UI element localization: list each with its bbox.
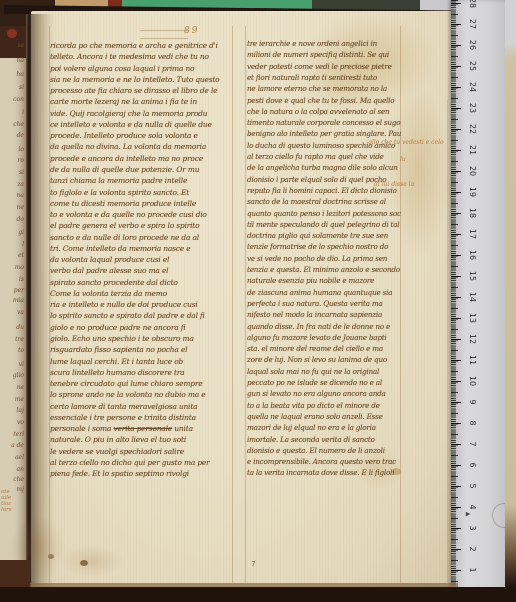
gutter-fragment: to	[0, 348, 24, 354]
right-text-column: tre ierarchie e nove ordeni angelici inm…	[247, 39, 403, 487]
ruling-line-col2-left	[245, 26, 246, 583]
ruler-number: 20	[467, 163, 477, 179]
ruler-cm-tick	[451, 381, 461, 382]
gutter-fragment: et	[0, 253, 24, 259]
gutter-fragment: lo	[0, 147, 24, 153]
manuscript-line: de la angelicha turba magna dile solo al…	[247, 163, 398, 172]
manuscript-line: procede e ancora da intelleto ma no proc…	[50, 154, 203, 163]
manuscript-line: ne lamore eterno che se memorata no la	[247, 84, 387, 93]
ruler-cm-tick	[451, 360, 461, 361]
manuscript-line: el padre genera el verbo e spira lo spir…	[50, 221, 199, 230]
ruler-number: 19	[467, 184, 477, 200]
manuscript-line: de ziascuna anima humana quantuque sia	[247, 288, 392, 297]
ruler-number: 13	[467, 310, 477, 326]
ruler-number: 1	[467, 562, 477, 578]
manuscript-line: piena fede. Et lo spatio septimo rivolgi	[50, 469, 189, 478]
gutter-fragment: du	[0, 325, 24, 331]
manuscript-line: verbo dal padre alesse suo ma el	[50, 266, 168, 275]
page-number: 89	[184, 26, 220, 36]
gutter-fragment: do	[0, 217, 24, 223]
manuscript-line: tri. Come intelleto da memoria nasce e	[50, 244, 190, 253]
gutter-fragment: tre	[0, 337, 24, 343]
ruler-number: 15	[467, 268, 477, 284]
manuscript-line: tenzie formatrise de lo spechio nostro d…	[247, 242, 388, 251]
manuscript-line: naturale. O piu in alto lieva el tuo sot…	[50, 435, 186, 444]
ruler-cm-tick	[451, 108, 461, 109]
manuscript-line: to e volonta e da quelle no procede cusi…	[50, 210, 207, 219]
manuscript-line: tre ierarchie e nove ordeni angelici in	[247, 39, 377, 48]
catchword-mark: ⁊	[251, 560, 254, 567]
manuscript-line: lume laqual cerchi. Et i tanta luce ob	[50, 357, 183, 366]
ruler-number: 16	[467, 247, 477, 263]
header-ruling-line	[140, 38, 188, 39]
manuscript-line: dionisio e questa. El numero de li anzol…	[247, 446, 385, 455]
gutter-fragment: si	[0, 85, 24, 91]
ruler-cm-tick	[451, 465, 461, 466]
ruler-cm-tick	[451, 171, 461, 172]
ruler-cm-tick	[451, 129, 461, 130]
ruler-number: 22	[467, 121, 477, 137]
ruler-number: 24	[467, 79, 477, 95]
gutter-fragment: glio	[0, 373, 24, 379]
red-binding-dot	[7, 29, 17, 38]
manuscript-line: veder potesti come vedi le preciose piet…	[247, 62, 392, 71]
manuscript-line: ta la verita incarnata dove disse. E li …	[247, 468, 394, 477]
ruler-cm-tick	[451, 318, 461, 319]
manuscript-line: certo lamore di tanta meravelgiosa unita	[50, 402, 197, 411]
ruler-number: 6	[467, 457, 477, 473]
ruler-cm-tick	[451, 66, 461, 67]
manuscript-line: vide. Quij racolgieraj che la memoria pr…	[50, 109, 207, 118]
ruler-cm-tick	[451, 276, 461, 277]
manuscript-line: peccato po ne islude se dicendo no e al	[247, 378, 382, 387]
gutter-fragment: gi	[0, 230, 24, 236]
marginal-note: qllo che tu vedesti e celo	[368, 139, 444, 146]
manuscript-line: dionisio i parte elqual solo di quel poc…	[247, 175, 386, 184]
ruler-number: 8	[467, 415, 477, 431]
manuscript-line: milioni de numeri specifiq distinti. Se …	[247, 50, 389, 59]
manuscript-line: gun si levato no era alguno ancora anda	[247, 389, 386, 398]
gutter-fragment: teri	[0, 432, 24, 438]
manuscript-line: al terzo ciello fu rapto ma quel che vid…	[247, 152, 384, 161]
manuscript-line: to a la beata vita po dicto el minore de	[247, 401, 380, 410]
ruler-number: 12	[467, 331, 477, 347]
manuscript-line: perfecta i sua natura. Questa verita ma	[247, 299, 383, 308]
manuscript-line: de da nulla di quelle due potenzie. Or m…	[50, 165, 199, 174]
ruler-cm-tick	[451, 528, 461, 529]
manuscript-line: alguno fu mazore levato de Jouane bapti	[247, 333, 387, 342]
manuscript-line: sancto de la maestral doctrina scrisse a…	[247, 197, 386, 206]
manuscript-line: mazori de luj elqual no era e la gloria	[247, 423, 376, 432]
marginal-note: lu	[400, 156, 406, 163]
manuscript-line: quando disse. In fra nati de le donne no…	[247, 322, 390, 331]
ruler-number: 23	[467, 100, 477, 116]
ruler-number: 10	[467, 373, 477, 389]
marginal-note: di lui disse la	[374, 181, 414, 188]
ruler-cm-tick	[451, 45, 461, 46]
gutter-fragment: si	[0, 170, 24, 176]
facing-page-sliver: senahasiconichedelorosizananedogiletmois…	[0, 26, 27, 588]
ruler-cm-tick	[451, 213, 461, 214]
manuscript-line: doctrina piglio qui solamente tre sue se…	[247, 231, 388, 240]
manuscript-line: til mente speculando di quel pelegrino d…	[247, 220, 399, 229]
manuscript-line: tenzia e questa. El minimo anzolo e seco…	[247, 265, 400, 274]
manuscript-line: e incomprensibile. Ancora questo vero tr…	[247, 457, 396, 466]
ruler-number: 11	[467, 352, 477, 368]
manuscript-line: pesti dove e qual che tu te fossi. Ma qu…	[247, 96, 394, 105]
ruler-cm-tick	[451, 570, 461, 571]
manuscript-line: et fiori naturali rapto ti sentiresti tu…	[247, 73, 377, 82]
gutter-fragment: con	[0, 97, 24, 103]
manuscript-line: carte morte lezeraj ne la anima i fia te…	[50, 97, 197, 106]
gutter-fragment: i	[0, 110, 24, 116]
manuscript-line: benigno alo intelleto per gratia singlar…	[247, 129, 401, 138]
gutter-fragment: na	[0, 58, 24, 64]
ruler-halfcm-ticks	[451, 0, 458, 602]
manuscript-line: tenebre circudato qui lume chiaro sempre	[50, 379, 203, 388]
manuscript-line: to figlolo e la volonta spirito sancto. …	[50, 188, 189, 197]
manuscript-line: procede. Intelleto produce sola volonta …	[50, 131, 198, 140]
manuscript-line: da quella no divina. La volonta da memor…	[50, 142, 206, 151]
manuscript-line: telleto. Ancora i te medesima vedi che t…	[50, 52, 209, 61]
manuscript-line: scura lintelleto humano discorere tra	[50, 368, 184, 377]
ruler-number: 4	[467, 499, 477, 515]
ruler-number: 5	[467, 478, 477, 494]
manuscript-line: imortale. La seconda verita di sancto	[247, 435, 375, 444]
manuscript-line: tanzi chiama la memoria padre intelle	[50, 176, 187, 185]
manuscript-line: da volonta laqual produce cusi el	[50, 255, 169, 264]
manuscript-line: ricorda po che memoria e archa e genitri…	[50, 41, 218, 50]
ruler-number: 25	[467, 58, 477, 74]
ruler-cm-tick	[451, 297, 461, 298]
manuscript-photo: senahasiconichedelorosizananedogiletmois…	[0, 0, 516, 602]
page-fold-line	[447, 100, 448, 583]
stain	[60, 545, 124, 577]
ruler-cm-tick	[451, 486, 461, 487]
ruler-cm-tick	[451, 507, 461, 508]
manuscript-line: che la natura o la colpa avvelenato al s…	[247, 107, 389, 116]
gutter-fragment: vi	[0, 362, 24, 368]
ruler-number: 9	[467, 394, 477, 410]
ruler-number: 21	[467, 142, 477, 158]
ruler-cm-tick	[451, 150, 461, 151]
gutter-fragment: per	[0, 288, 24, 294]
manuscript-line: nifesto nel modo la incarnata sapienzia	[247, 310, 382, 319]
header-ruling-line	[140, 30, 188, 31]
manuscript-line: essenciale i tre persone e trinita disti…	[50, 413, 196, 422]
manuscript-line: poi volere alguna cosa laqual i prima no	[50, 64, 194, 73]
gutter-fragment: ne	[0, 205, 24, 211]
gutter-fragment: za	[0, 182, 24, 188]
manuscript-line: sancto e da nulle di loro procede ne da …	[50, 233, 199, 242]
manuscript-line: sta. el minore del reame del ciello e ma	[247, 344, 383, 353]
ruler-cm-tick	[451, 339, 461, 340]
ruler-number: 2	[467, 541, 477, 557]
manuscript-line: personale i soma verita personale unita	[50, 424, 193, 433]
gutter-fragment: se	[0, 43, 24, 49]
ruler-number: 26	[467, 37, 477, 53]
manuscript-line: giolo e no produce padre ne ancora fi	[50, 323, 186, 332]
ruler-number: 18	[467, 205, 477, 221]
gutter-fragment: ro	[0, 158, 24, 164]
manuscript-line: ve si vede no pocho de dio. La prima sen	[247, 254, 387, 263]
gutter-fragment: a de	[0, 443, 24, 449]
manuscript-line: quanto quanto penso i lezitori potessono…	[247, 209, 401, 218]
manuscript-line: giolo. Echo uno spechio i te obscuro ma	[50, 334, 194, 343]
gutter-fragment: de	[0, 133, 24, 139]
left-text-column: ricorda po che memoria e archa e genitri…	[50, 41, 234, 489]
manuscript-line: laqual sola mai no fu qui ne la original	[247, 367, 379, 376]
manuscript-line: sia ne la memoria e ne lo intelleto. Tut…	[50, 75, 219, 84]
gutter-fragment: mia	[0, 298, 24, 304]
page-fore-edge	[505, 0, 516, 602]
manuscript-line: lo spirito sancto e spirato dal padre e …	[50, 311, 205, 320]
manuscript-line: come tu dicesti memoria produce intelle	[50, 199, 196, 208]
ruler-cm-tick	[451, 192, 461, 193]
book-bottom-edge	[0, 587, 516, 602]
ruler-cm-tick	[451, 255, 461, 256]
manuscript-line: spirato sancto procedente dal dicto	[50, 278, 178, 287]
ruler-cm-tick	[451, 549, 461, 550]
gutter-fragment: ne	[0, 385, 24, 391]
manuscript-line: processo ate fia chiaro se dirasso el li…	[50, 86, 217, 95]
gutter-fragment: ha	[0, 72, 24, 78]
ruler-number: 7	[467, 436, 477, 452]
ruler-number: 28	[467, 0, 477, 11]
manuscript-line: risguardato fisso sapienta no pocha el	[50, 345, 187, 354]
manuscript-line: le vedere se vuolgi spechiadori salire	[50, 447, 184, 456]
gutter-fragment: va	[0, 310, 24, 316]
ruler-number: 3	[467, 520, 477, 536]
manuscript-line: Come la volonta terzia da memo	[50, 289, 167, 298]
gutter-fragment: an	[0, 467, 24, 473]
manuscript-line: zore de luj. Non si levo su lanima de qu…	[247, 355, 387, 364]
gutter-fragment: na	[0, 193, 24, 199]
gutter-fragment: ael	[0, 455, 24, 461]
ruler-cm-tick	[451, 87, 461, 88]
gutter-fragment: luj	[0, 408, 24, 414]
manuscript-line: ria e intelleto e nullo de doi produce c…	[50, 300, 198, 309]
ruler-number: 14	[467, 289, 477, 305]
gutter-fragment: mo	[0, 265, 24, 271]
ruler-cm-tick	[451, 402, 461, 403]
gutter-fragment: l	[0, 242, 24, 248]
gutter-fragment: me	[0, 397, 24, 403]
gutter-fragment: is	[0, 277, 24, 283]
ruler-number: 27	[467, 16, 477, 32]
ink-spot	[80, 560, 88, 566]
manuscript-line: al terzo ciello no dicho qui per gusto m…	[50, 458, 210, 467]
ruler-cm-tick	[451, 234, 461, 235]
manuscript-line: lo sprone ando ne la volonta no dubio ma…	[50, 390, 205, 399]
gutter-fragment: vo	[0, 420, 24, 426]
ruler-cm-tick	[451, 24, 461, 25]
manuscript-line: ce intelleto e volonta e da nulla di que…	[50, 120, 212, 129]
manuscript-line: timento naturale corporale concesso el s…	[247, 118, 400, 127]
manuscript-line: quella ne laqual erano solo anzeli. Esse	[247, 412, 383, 421]
faded-gutter-note-line: lors	[1, 508, 12, 514]
ruler-number: 17	[467, 226, 477, 242]
manuscript-line: naturale esenzia piu nobile e mazore	[247, 276, 374, 285]
gutter-fragment: che	[0, 477, 24, 483]
ruler-cm-tick	[451, 444, 461, 445]
ruler-cm-tick	[451, 3, 461, 4]
gutter-fragment: che	[0, 122, 24, 128]
ruler-cm-tick	[451, 423, 461, 424]
